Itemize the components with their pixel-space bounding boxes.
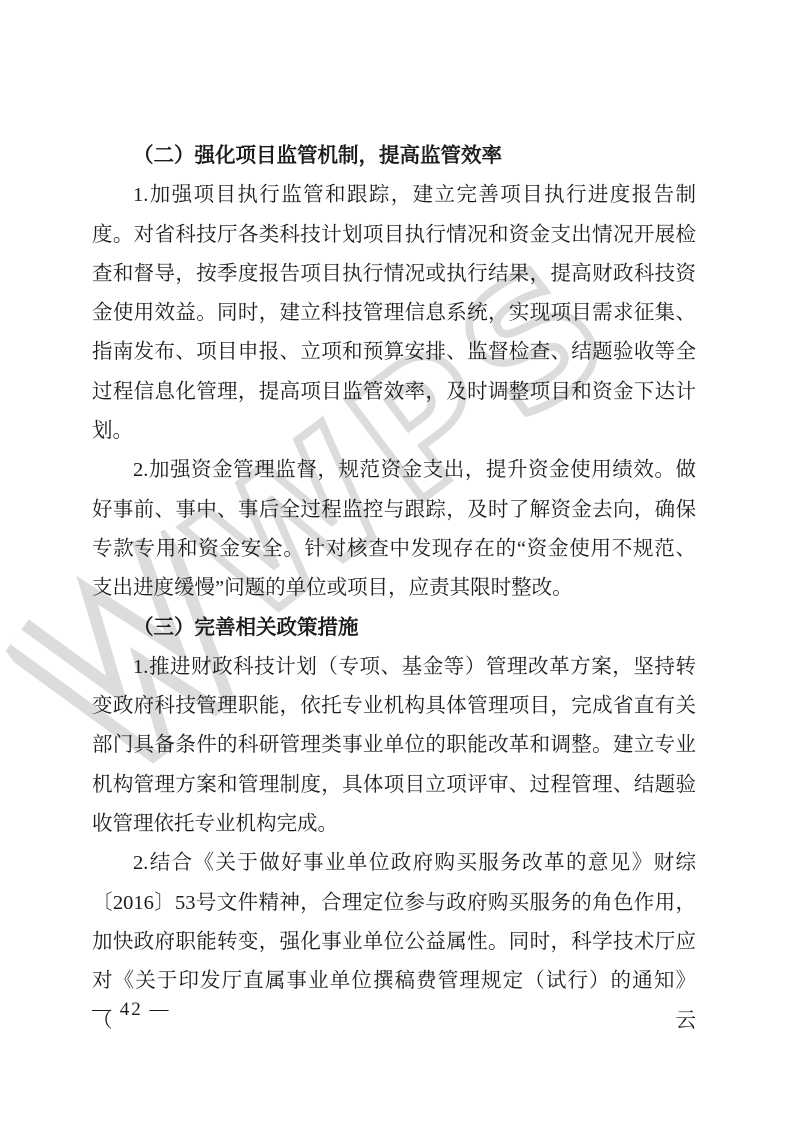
page-number: — 42 — <box>92 999 171 1021</box>
text-line: 2.加强资金管理监督，规范资金支出，提升资金使用绩效。做 <box>92 451 696 490</box>
document-content: （二）强化项目监管机制，提高监管效率1.加强项目执行监管和跟踪，建立完善项目执行… <box>92 137 696 1002</box>
text-line: （三）完善相关政策措施 <box>92 609 696 648</box>
text-line: 金使用效益。同时，建立科技管理信息系统，实现项目需求征集、 <box>92 294 696 333</box>
text-line: 机构管理方案和管理制度，具体项目立项评审、过程管理、结题验 <box>92 766 696 805</box>
text-line: （二）强化项目监管机制，提高监管效率 <box>92 137 696 176</box>
text-line: 过程信息化管理，提高项目监管效率，及时调整项目和资金下达计 <box>92 373 696 412</box>
document-page: WPS （二）强化项目监管机制，提高监管效率1.加强项目执行监管和跟踪，建立完善… <box>0 0 793 1122</box>
text-line: 变政府科技管理职能，依托专业机构具体管理项目，完成省直有关 <box>92 687 696 726</box>
text-line: 1.推进财政科技计划（专项、基金等）管理改革方案，坚持转 <box>92 648 696 687</box>
text-line: 度。对省科技厅各类科技计划项目执行情况和资金支出情况开展检 <box>92 216 696 255</box>
text-line: 收管理依托专业机构完成。 <box>92 805 696 844</box>
text-line: 支出进度缓慢”问题的单位或项目，应责其限时整改。 <box>92 569 696 608</box>
text-line: 2.结合《关于做好事业单位政府购买服务改革的意见》财综 <box>92 844 696 883</box>
text-line: 查和督导，按季度报告项目执行情况或执行结果，提高财政科技资 <box>92 255 696 294</box>
text-line: 好事前、事中、事后全过程监控与跟踪，及时了解资金去向，确保 <box>92 491 696 530</box>
text-line: 〔2016〕53号文件精神，合理定位参与政府购买服务的角色作用， <box>92 884 696 923</box>
text-line: 专款专用和资金安全。针对核查中发现存在的“资金使用不规范、 <box>92 530 696 569</box>
text-line: 部门具备条件的科研管理类事业单位的职能改革和调整。建立专业 <box>92 726 696 765</box>
text-line: 对《关于印发厅直属事业单位撰稿费管理规定（试行）的通知》（云 <box>92 962 696 1001</box>
text-line: 1.加强项目执行监管和跟踪，建立完善项目执行进度报告制 <box>92 176 696 215</box>
text-line: 指南发布、项目申报、立项和预算安排、监督检查、结题验收等全 <box>92 333 696 372</box>
text-line: 加快政府职能转变，强化事业单位公益属性。同时，科学技术厅应 <box>92 923 696 962</box>
text-line: 划。 <box>92 412 696 451</box>
